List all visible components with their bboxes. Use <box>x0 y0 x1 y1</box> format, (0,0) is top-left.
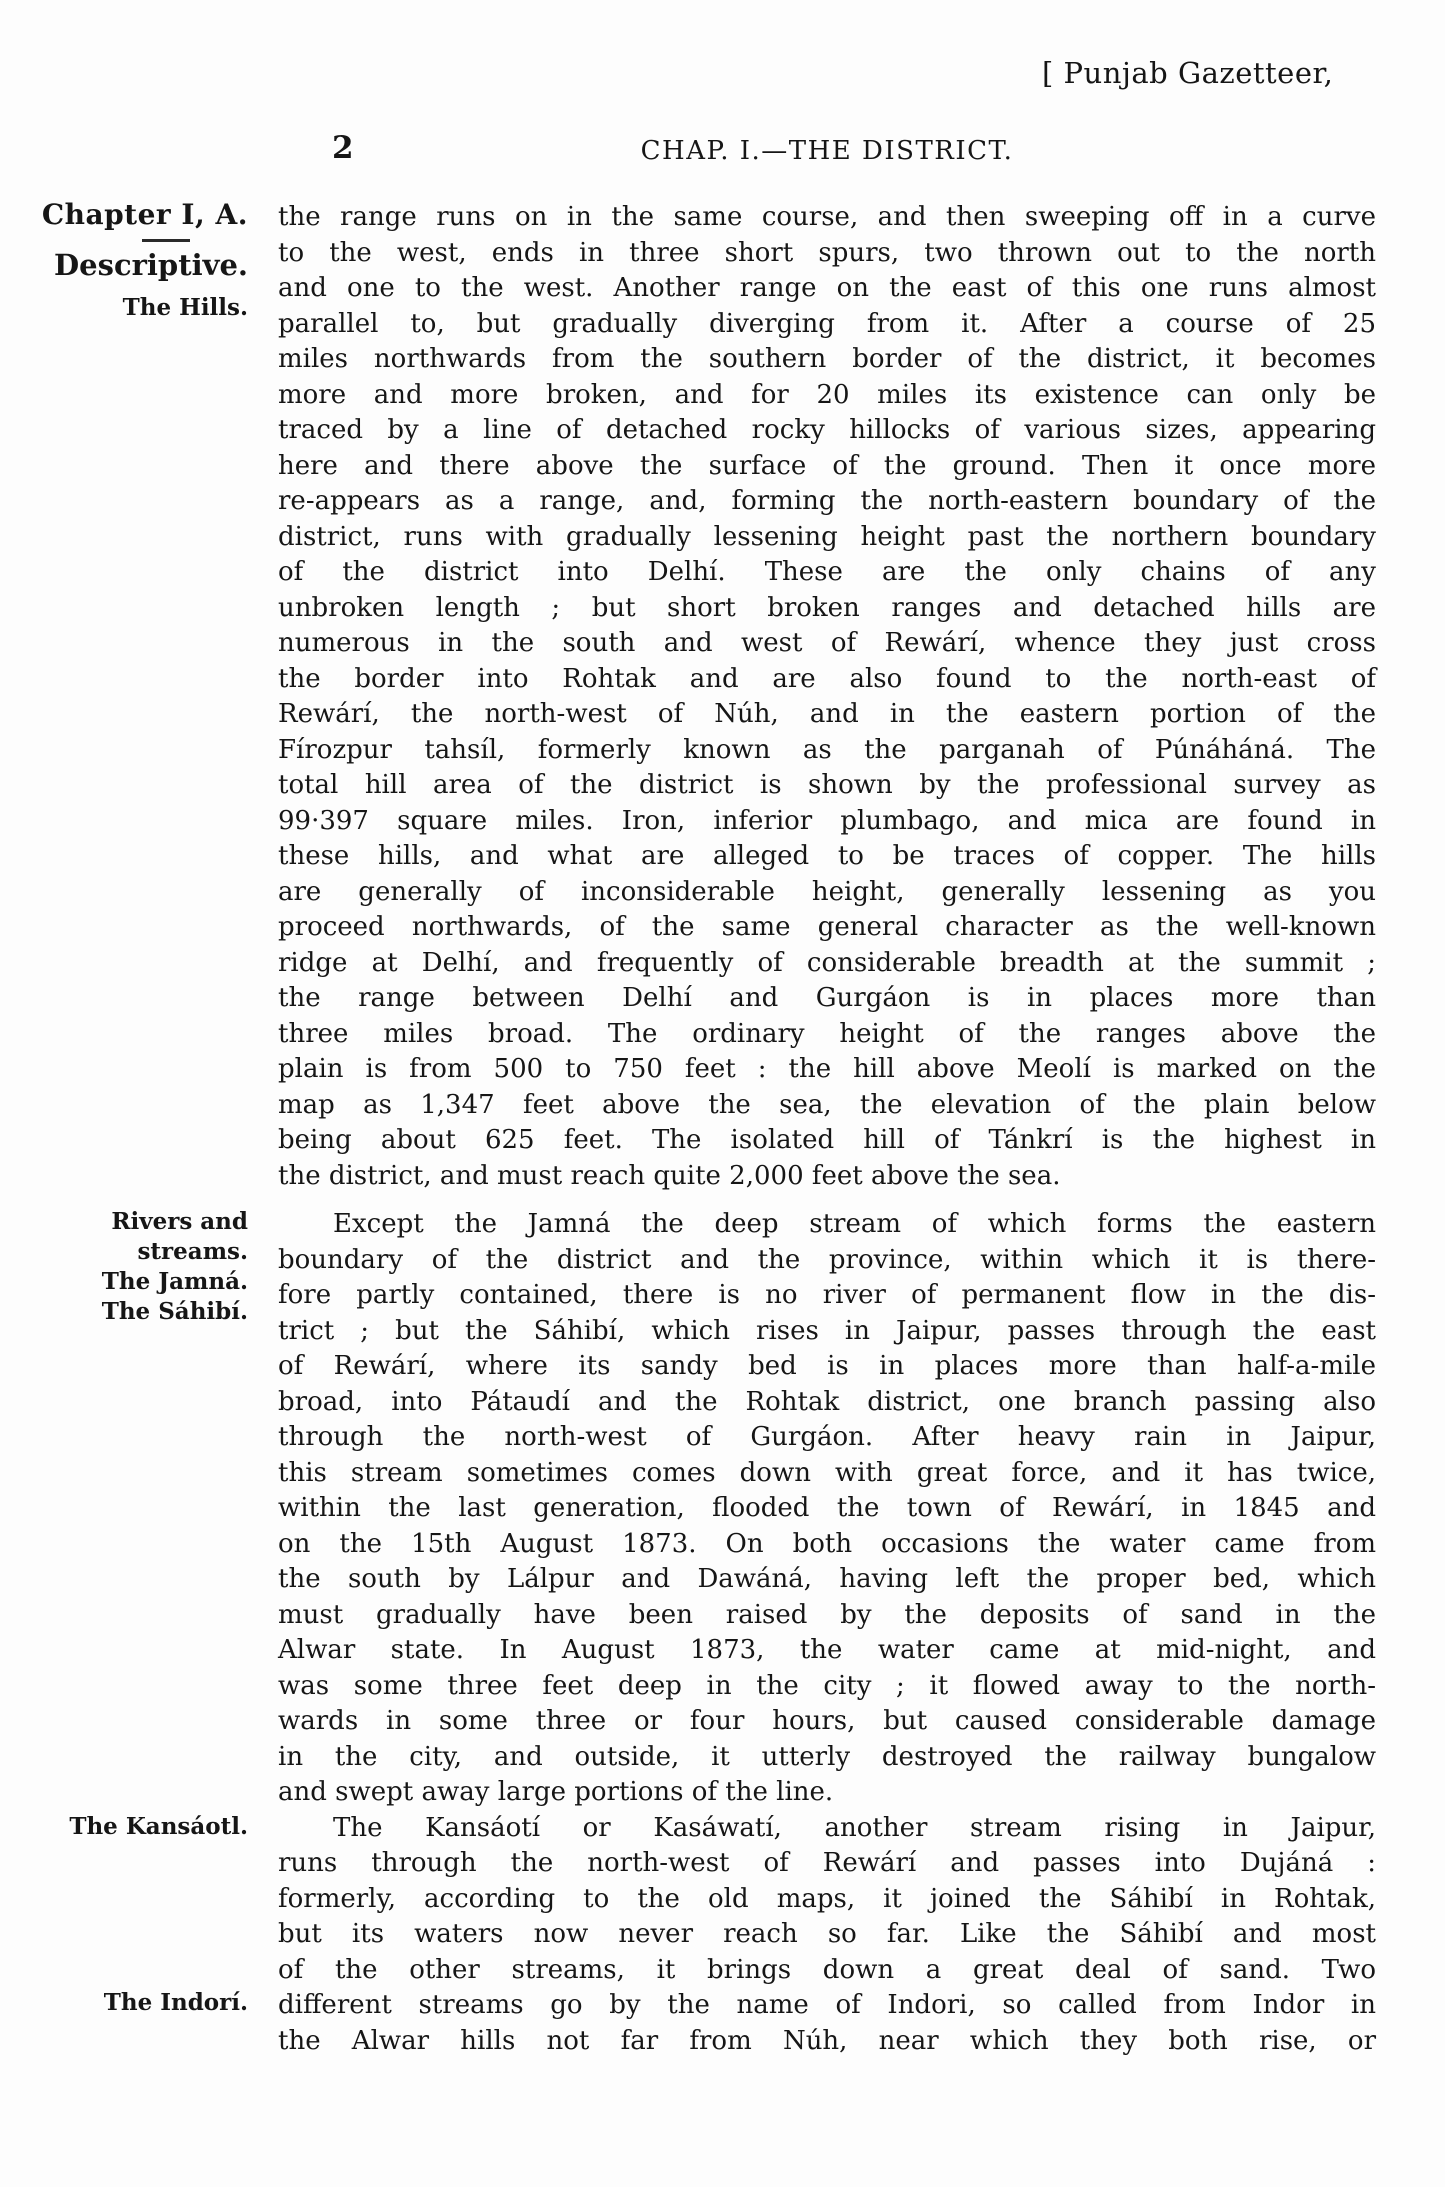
text-line: being about 625 feet. The isolated hill … <box>278 1123 1376 1159</box>
text-line: the south by Lálpur and Dawáná, having l… <box>278 1562 1376 1598</box>
margin-hills-label: The Hills. <box>20 291 248 325</box>
text-line: of the other streams, it brings down a g… <box>278 1953 1376 1989</box>
scanned-book-page: [ Punjab Gazetteer, 2 CHAP. I.—THE DISTR… <box>0 0 1445 2187</box>
running-title: [ Punjab Gazetteer, <box>1042 56 1333 90</box>
text-line: the district, and must reach quite 2,000… <box>278 1159 1376 1195</box>
margin-indori-label: The Indorí. <box>20 1988 248 2018</box>
text-line: unbroken length ; but short broken range… <box>278 591 1376 627</box>
paragraph-kansaoti: The Kansáotí or Kasáwatí, another stream… <box>278 1811 1376 2060</box>
margin-note-kansaoti: The Kansáotl. <box>20 1812 248 1842</box>
text-line: of the district into Delhí. These are th… <box>278 555 1376 591</box>
text-line: broad, into Pátaudí and the Rohtak distr… <box>278 1385 1376 1421</box>
text-line: the border into Rohtak and are also foun… <box>278 662 1376 698</box>
margin-note-chapter: Chapter I, A. Descriptive. The Hills. <box>20 198 248 325</box>
text-line: map as 1,347 feet above the sea, the ele… <box>278 1088 1376 1124</box>
text-line: plain is from 500 to 750 feet : the hill… <box>278 1052 1376 1088</box>
text-line: miles northwards from the southern borde… <box>278 342 1376 378</box>
text-line: here and there above the surface of the … <box>278 449 1376 485</box>
text-line: numerous in the south and west of Rewárí… <box>278 626 1376 662</box>
text-line: within the last generation, flooded the … <box>278 1491 1376 1527</box>
text-line: to the west, ends in three short spurs, … <box>278 236 1376 272</box>
text-line: are generally of inconsiderable height, … <box>278 875 1376 911</box>
text-line: The Kansáotí or Kasáwatí, another stream… <box>278 1811 1376 1847</box>
text-line: fore partly contained, there is no river… <box>278 1278 1376 1314</box>
margin-sahibi-label: The Sáhibí. <box>20 1297 248 1327</box>
text-line: three miles broad. The ordinary height o… <box>278 1017 1376 1053</box>
text-line: more and more broken, and for 20 miles i… <box>278 378 1376 414</box>
text-line: on the 15th August 1873. On both occasio… <box>278 1527 1376 1563</box>
text-line: traced by a line of detached rocky hillo… <box>278 413 1376 449</box>
text-line: trict ; but the Sáhibí, which rises in J… <box>278 1314 1376 1350</box>
text-line: through the north-west of Gurgáon. After… <box>278 1420 1376 1456</box>
text-line: total hill area of the district is shown… <box>278 768 1376 804</box>
text-line: was some three feet deep in the city ; i… <box>278 1669 1376 1705</box>
margin-kansaoti-label: The Kansáotl. <box>20 1812 248 1842</box>
margin-note-rivers: Rivers and streams. The Jamná. The Sáhib… <box>20 1207 248 1327</box>
text-line: proceed northwards, of the same general … <box>278 910 1376 946</box>
text-line: and swept away large portions of the lin… <box>278 1775 1376 1811</box>
section-divider <box>142 239 190 242</box>
margin-rivers-label: Rivers and streams. <box>20 1207 248 1267</box>
margin-chapter-label: Chapter I, A. <box>20 198 248 232</box>
text-line: and one to the west. Another range on th… <box>278 271 1376 307</box>
text-line: the Alwar hills not far from Núh, near w… <box>278 2024 1376 2060</box>
margin-note-indori: The Indorí. <box>20 1988 248 2018</box>
text-line: district, runs with gradually lessening … <box>278 520 1376 556</box>
text-line: runs through the north-west of Rewárí an… <box>278 1846 1376 1882</box>
text-line: 99·397 square miles. Iron, inferior plum… <box>278 804 1376 840</box>
text-line: must gradually have been raised by the d… <box>278 1598 1376 1634</box>
paragraph-hills: the range runs on in the same course, an… <box>278 200 1376 1194</box>
text-line: different streams go by the name of Indo… <box>278 1988 1376 2024</box>
text-line: these hills, and what are alleged to be … <box>278 839 1376 875</box>
text-line: Fírozpur tahsíl, formerly known as the p… <box>278 733 1376 769</box>
text-line: wards in some three or four hours, but c… <box>278 1704 1376 1740</box>
text-line: Alwar state. In August 1873, the water c… <box>278 1633 1376 1669</box>
body-text-column: the range runs on in the same course, an… <box>278 200 1376 2059</box>
chapter-header: CHAP. I.—THE DISTRICT. <box>278 136 1376 166</box>
text-line: in the city, and outside, it utterly des… <box>278 1740 1376 1776</box>
paragraph-rivers: Except the Jamná the deep stream of whic… <box>278 1207 1376 1811</box>
text-line: ridge at Delhí, and frequently of consid… <box>278 946 1376 982</box>
text-line: parallel to, but gradually diverging fro… <box>278 307 1376 343</box>
margin-section-label: Descriptive. <box>20 248 248 282</box>
text-line: formerly, according to the old maps, it … <box>278 1882 1376 1918</box>
text-line: of Rewárí, where its sandy bed is in pla… <box>278 1349 1376 1385</box>
text-line: boundary of the district and the provinc… <box>278 1243 1376 1279</box>
text-line: the range between Delhí and Gurgáon is i… <box>278 981 1376 1017</box>
text-line: this stream sometimes comes down with gr… <box>278 1456 1376 1492</box>
text-line: re-appears as a range, and, forming the … <box>278 484 1376 520</box>
text-line: Except the Jamná the deep stream of whic… <box>278 1207 1376 1243</box>
text-line: the range runs on in the same course, an… <box>278 200 1376 236</box>
text-line: but its waters now never reach so far. L… <box>278 1917 1376 1953</box>
text-line: Rewárí, the north-west of Núh, and in th… <box>278 697 1376 733</box>
margin-jamna-label: The Jamná. <box>20 1267 248 1297</box>
